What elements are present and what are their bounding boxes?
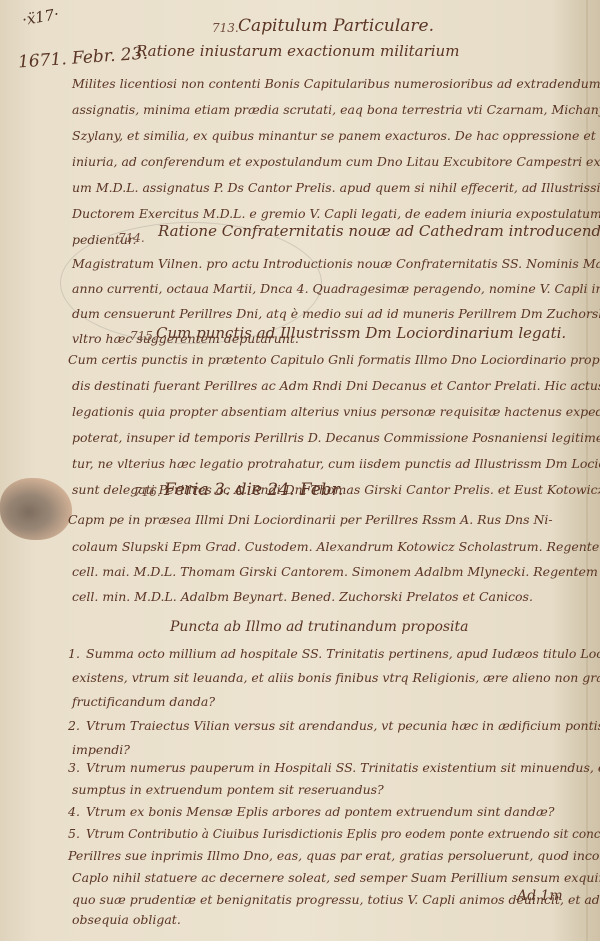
punctum-number: 2.: [68, 720, 80, 733]
text-line: dum censuerunt Perillres Dni, atq è medi…: [72, 308, 600, 321]
text-line: Ductorem Exercitus M.D.L. e gremio V. Ca…: [72, 208, 600, 221]
ink-stain: [0, 478, 72, 540]
text-line: anno currenti, octaua Martii, Dnca 4. Qu…: [72, 283, 600, 296]
text-line: Cum certis punctis in prætento Capitulo …: [68, 354, 600, 367]
entry-subheading: Ratione iniustarum exactionum militarium: [136, 44, 459, 59]
text-line: fructificandum danda?: [72, 696, 215, 709]
punctum-number: 3.: [68, 762, 80, 775]
text-line: iniuria, ad conferendum et expostulandum…: [72, 156, 600, 169]
punctum-number: 1.: [68, 648, 80, 661]
entry-number: 715.: [130, 330, 157, 342]
folio-number: ·ẍ17·: [21, 5, 61, 29]
puncta-title: Puncta ab Illmo ad trutinandum proposita: [170, 620, 469, 634]
text-line: colaum Slupski Epm Grad. Custodem. Alexa…: [72, 541, 600, 554]
text-line: poterat, insuper id temporis Perillris D…: [72, 432, 600, 445]
text-line: cell. min. M.D.L. Adalbm Beynart. Bened.…: [72, 591, 533, 604]
entry-number: 714.: [118, 232, 145, 244]
text-line: Magistratum Vilnen. pro actu Introductio…: [72, 258, 600, 271]
text-line: tur, ne vlterius hæc legatio protrahatur…: [72, 458, 600, 471]
text-line: cell. mai. M.D.L. Thomam Girski Cantorem…: [72, 566, 600, 579]
entry-number: 716.: [134, 486, 161, 498]
entry-heading: Capitulum Particulare.: [238, 18, 434, 35]
text-line: Szylany, et similia, ex quibus minantur …: [72, 130, 596, 143]
entry-date: 1671. Febr. 23.: [18, 45, 149, 71]
entry-heading: Ratione Confraternitatis nouæ ad Cathedr…: [158, 224, 600, 239]
text-line: sumptus in extruendum pontem sit reserua…: [72, 784, 384, 797]
text-line: um M.D.L. assignatus P. Ds Cantor Prelis…: [72, 182, 600, 195]
text-line: Vtrum ex bonis Mensæ Eplis arbores ad po…: [86, 806, 554, 819]
catchword: Ad 1m: [517, 888, 563, 904]
text-line: Capm pe in præsea Illmi Dni Lociordinari…: [68, 514, 553, 527]
entry-heading: Feria 3. die 24. Febr.: [164, 482, 343, 499]
text-line: Vtrum Traiectus Vilian versus sit arenda…: [86, 720, 600, 733]
text-line: obsequia obligat.: [72, 914, 181, 927]
text-line: Perillres sue inprimis Illmo Dno, eas, q…: [68, 850, 600, 863]
text-line: Milites licentiosi non contenti Bonis Ca…: [72, 78, 600, 91]
text-line: impendi?: [72, 744, 130, 757]
text-line: Vtrum Contributio à Ciuibus Iurisdiction…: [86, 828, 600, 840]
manuscript-page: ·ẍ17· 713. Capitulum Particulare. 1671. …: [0, 0, 600, 941]
text-line: Vtrum numerus pauperum in Hospitali SS. …: [86, 762, 600, 775]
text-line: assignatis, minima etiam prædia scrutati…: [72, 104, 600, 117]
entry-heading: Cum punctis ad Illustrissm Dm Lociordina…: [156, 326, 566, 341]
text-line: dis destinati fuerant Perillres ac Adm R…: [72, 380, 600, 393]
text-line: Summa octo millium ad hospitale SS. Trin…: [86, 648, 600, 661]
text-line: Caplo nihil statuere ac decernere soleat…: [72, 872, 600, 885]
entry-number: 713.: [212, 22, 239, 34]
punctum-number: 5.: [68, 828, 80, 841]
text-line: legationis quia propter absentiam alteri…: [72, 406, 600, 419]
text-line: existens, vtrum sit leuanda, et aliis bo…: [72, 672, 600, 685]
punctum-number: 4.: [68, 806, 80, 819]
